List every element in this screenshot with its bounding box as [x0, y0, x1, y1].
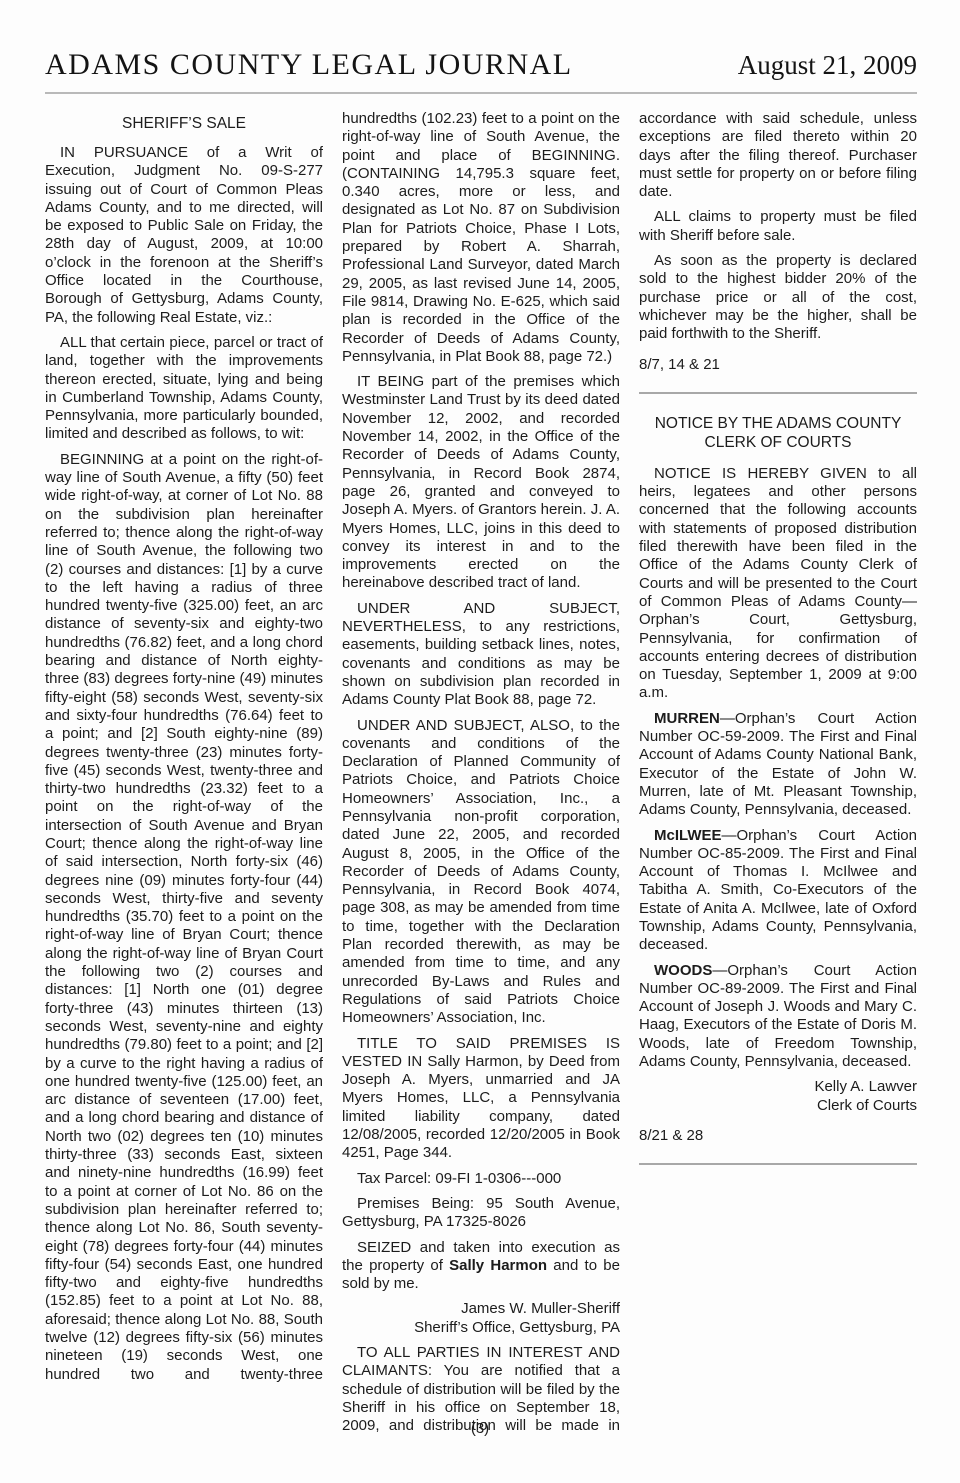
- paragraph-to-all-parties-part2: accordance with said schedule, unless ex…: [639, 110, 917, 201]
- column-1: SHERIFF’S SALE IN PURSUANCE of a Writ of…: [45, 110, 323, 1445]
- issue-date: August 21, 2009: [738, 50, 917, 81]
- section-divider-rule: [639, 392, 917, 394]
- text-columns: SHERIFF’S SALE IN PURSUANCE of a Writ of…: [45, 110, 917, 1445]
- column-3: accordance with said schedule, unless ex…: [639, 110, 917, 1445]
- column-2: hundredths (102.23) feet to a point on t…: [342, 110, 620, 1445]
- journal-title: ADAMS COUNTY LEGAL JOURNAL: [45, 48, 573, 82]
- clerk-signature-title: Clerk of Courts: [639, 1097, 917, 1115]
- paragraph-all-that: ALL that certain piece, parcel or tract …: [45, 334, 323, 444]
- estate-name-mcilwee: McILWEE: [654, 827, 722, 844]
- journal-page: ADAMS COUNTY LEGAL JOURNAL August 21, 20…: [0, 0, 960, 1445]
- sheriff-signature-name: James W. Muller-Sheriff: [342, 1300, 620, 1318]
- clerk-notice-heading-line1: NOTICE BY THE ADAMS COUNTY: [655, 415, 902, 432]
- clerk-signature-block: Kelly A. Lawver Clerk of Courts: [639, 1078, 917, 1115]
- paragraph-all-claims: ALL claims to property must be filed wit…: [639, 208, 917, 245]
- clerk-signature-name: Kelly A. Lawver: [639, 1078, 917, 1096]
- clerk-notice-heading: NOTICE BY THE ADAMS COUNTY CLERK OF COUR…: [639, 414, 917, 453]
- sheriffs-sale-heading: SHERIFF’S SALE: [45, 114, 323, 133]
- clerk-notice-run-dates: 8/21 & 28: [639, 1127, 917, 1145]
- page-number: (3): [0, 1420, 960, 1437]
- estate-text-mcilwee: —Orphan’s Court Action Number OC-85-2009…: [639, 827, 917, 954]
- paragraph-under-nevertheless: UNDER AND SUBJECT, NEVERTHELESS, to any …: [342, 600, 620, 710]
- paragraph-notice-given: NOTICE IS HEREBY GIVEN to all heirs, leg…: [639, 465, 917, 703]
- estate-entry-mcilwee: McILWEE—Orphan’s Court Action Number OC-…: [639, 827, 917, 955]
- paragraph-beginning-part1: BEGINNING at a point on the right-of-way…: [45, 451, 323, 1384]
- paragraph-in-pursuance: IN PURSUANCE of a Writ of Execution, Jud…: [45, 144, 323, 327]
- seized-defendant-name: Sally Harmon: [449, 1257, 547, 1274]
- masthead-rule: [45, 92, 917, 94]
- paragraph-title-vested: TITLE TO SAID PREMISES IS VESTED IN Sall…: [342, 1035, 620, 1163]
- paragraph-as-soon: As soon as the property is declared sold…: [639, 252, 917, 343]
- masthead: ADAMS COUNTY LEGAL JOURNAL August 21, 20…: [45, 0, 917, 82]
- paragraph-under-also: UNDER AND SUBJECT, ALSO, to the covenant…: [342, 717, 620, 1028]
- estate-name-murren: MURREN: [654, 710, 720, 727]
- sheriffs-sale-run-dates: 8/7, 14 & 21: [639, 356, 917, 374]
- paragraph-tax-parcel: Tax Parcel: 09-FI 1-0306---000: [342, 1170, 620, 1188]
- clerk-notice-heading-line2: CLERK OF COURTS: [705, 434, 852, 451]
- end-divider-rule: [639, 1163, 917, 1165]
- paragraph-seized: SEIZED and taken into execution as the p…: [342, 1239, 620, 1294]
- estate-entry-murren: MURREN—Orphan’s Court Action Number OC-5…: [639, 710, 917, 820]
- paragraph-premises-being: Premises Being: 95 South Avenue, Gettysb…: [342, 1195, 620, 1232]
- sheriff-signature-block: James W. Muller-Sheriff Sheriff’s Office…: [342, 1300, 620, 1337]
- estate-entry-woods: WOODS—Orphan’s Court Action Number OC-89…: [639, 962, 917, 1072]
- sheriff-signature-office: Sheriff’s Office, Gettysburg, PA: [342, 1319, 620, 1337]
- paragraph-beginning-part2: hundredths (102.23) feet to a point on t…: [342, 110, 620, 366]
- estate-name-woods: WOODS: [654, 962, 712, 979]
- paragraph-it-being: IT BEING part of the premises which West…: [342, 373, 620, 593]
